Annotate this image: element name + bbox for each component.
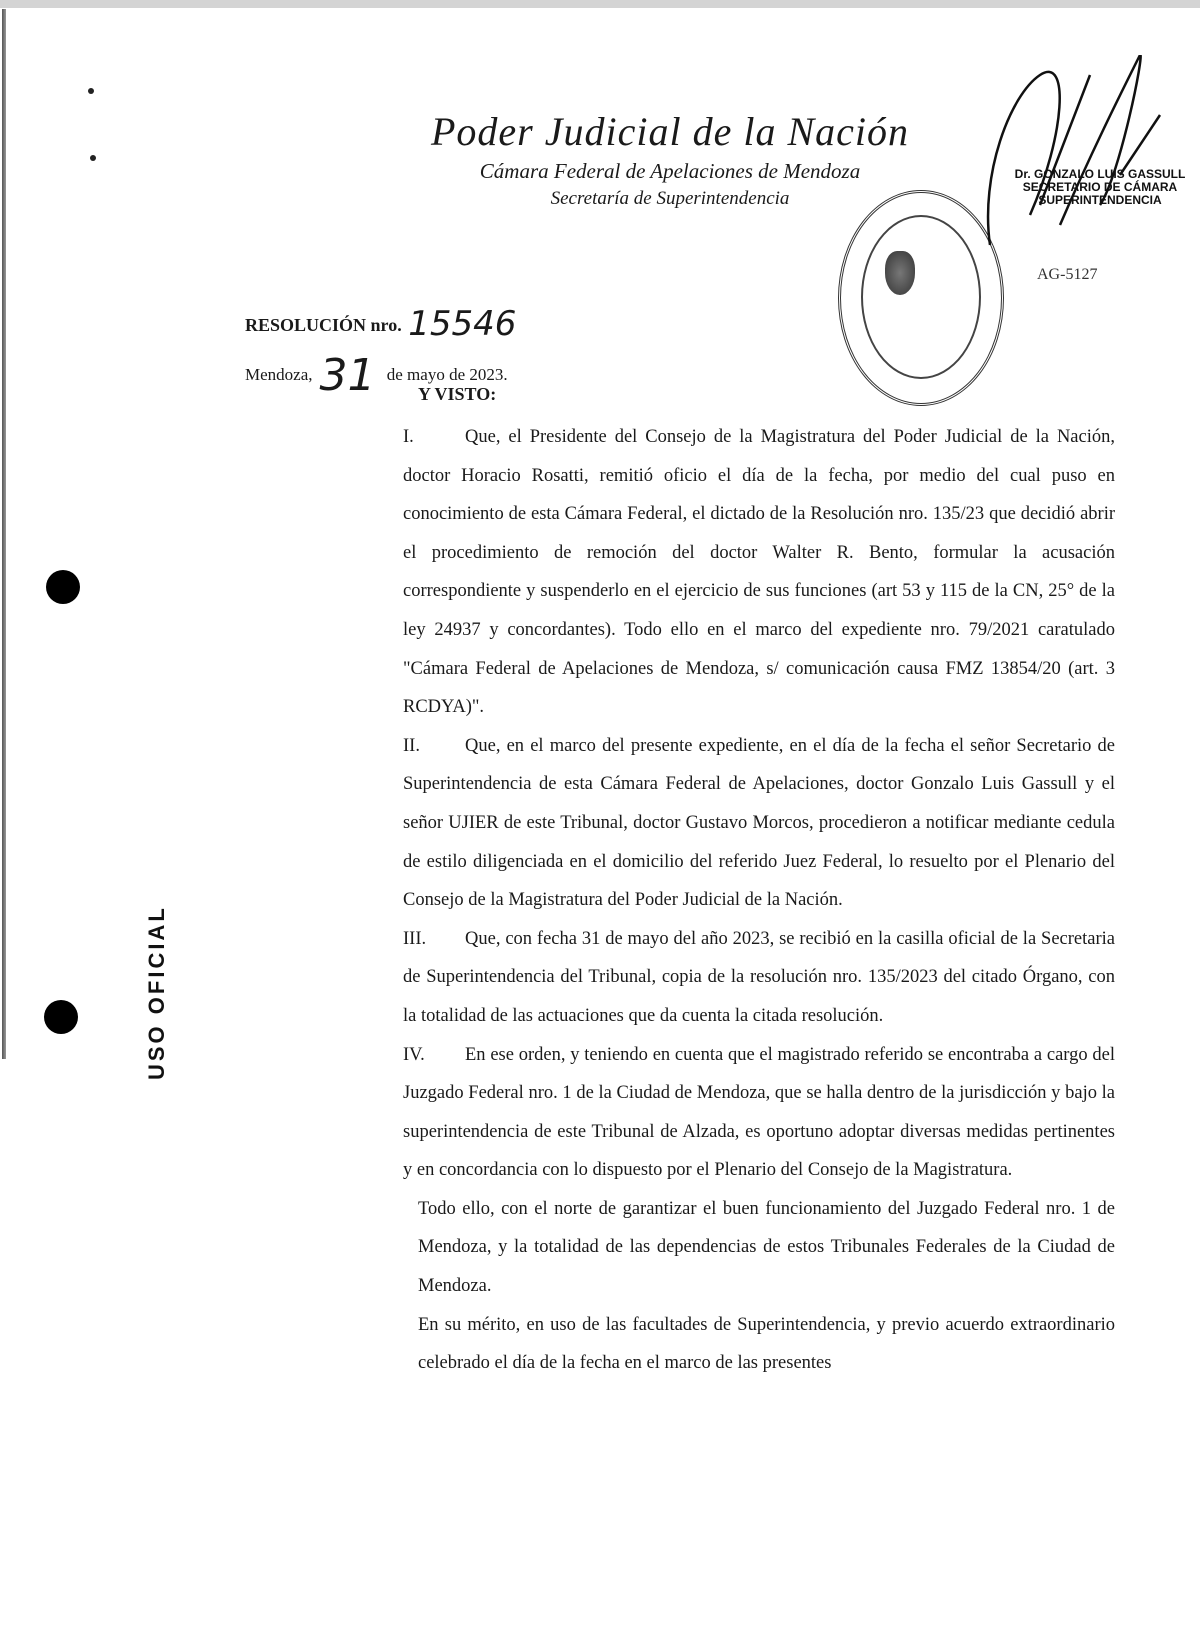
punch-dot [88,88,94,94]
paragraph: II.Que, en el marco del presente expedie… [245,727,1115,920]
page-left-edge [2,9,6,1059]
date-day: 31 [313,350,383,401]
stamp-department: SUPERINTENDENCIA [995,194,1200,207]
paragraph-text: Que, el Presidente del Consejo de la Mag… [403,427,1115,717]
paragraph-text: Que, con fecha 31 de mayo del año 2023, … [403,929,1115,1026]
letterhead-title: Poder Judicial de la Nación [400,108,940,155]
paragraph-numeral: IV. [403,1036,465,1075]
paragraph-numeral: II. [403,727,465,766]
letterhead-department: Secretaría de Superintendencia [400,188,940,210]
resolution-header: RESOLUCIÓN nro. 15546 [245,300,516,340]
paragraph-text: En ese orden, y teniendo en cuenta que e… [403,1045,1115,1181]
paragraph-numeral: I. [403,418,465,457]
date-rest: de mayo de 2023. [387,365,508,384]
paragraph: En su mérito, en uso de las facultades d… [245,1306,1115,1383]
secretary-stamp: Dr. GONZALO LUIS GASSULL SECRETARIO DE C… [995,168,1200,207]
paragraph-text: En su mérito, en uso de las facultades d… [418,1315,1115,1374]
paragraph-text: Que, en el marco del presente expediente… [403,736,1115,910]
document-code: AG-5127 [1037,266,1097,284]
resolution-number: 15546 [408,304,516,344]
paragraph: Todo ello, con el norte de garantizar el… [245,1190,1115,1306]
paragraph: IV.En ese orden, y teniendo en cuenta qu… [245,1036,1115,1190]
paragraph-numeral: III. [403,920,465,959]
coat-of-arms-icon [885,251,915,295]
binder-hole [44,1000,78,1034]
city: Mendoza, [245,365,313,384]
seal-inner-ring [861,215,981,379]
paragraph: III.Que, con fecha 31 de mayo del año 20… [245,920,1115,1036]
paragraph-text: Todo ello, con el norte de garantizar el… [418,1199,1115,1296]
letterhead: Poder Judicial de la Nación Cámara Feder… [400,108,940,210]
uso-oficial-label: USO OFICIAL [144,905,170,1080]
signature-icon [970,55,1170,265]
resolution-label: RESOLUCIÓN nro. [245,315,402,335]
viewer-top-bar [0,0,1200,8]
letterhead-subtitle: Cámara Federal de Apelaciones de Mendoza [400,159,940,184]
document-body: I.Que, el Presidente del Consejo de la M… [245,418,1115,1383]
paragraph: I.Que, el Presidente del Consejo de la M… [245,418,1115,727]
visto-heading: Y VISTO: [418,384,496,405]
binder-hole [46,570,80,604]
punch-dot [90,155,96,161]
